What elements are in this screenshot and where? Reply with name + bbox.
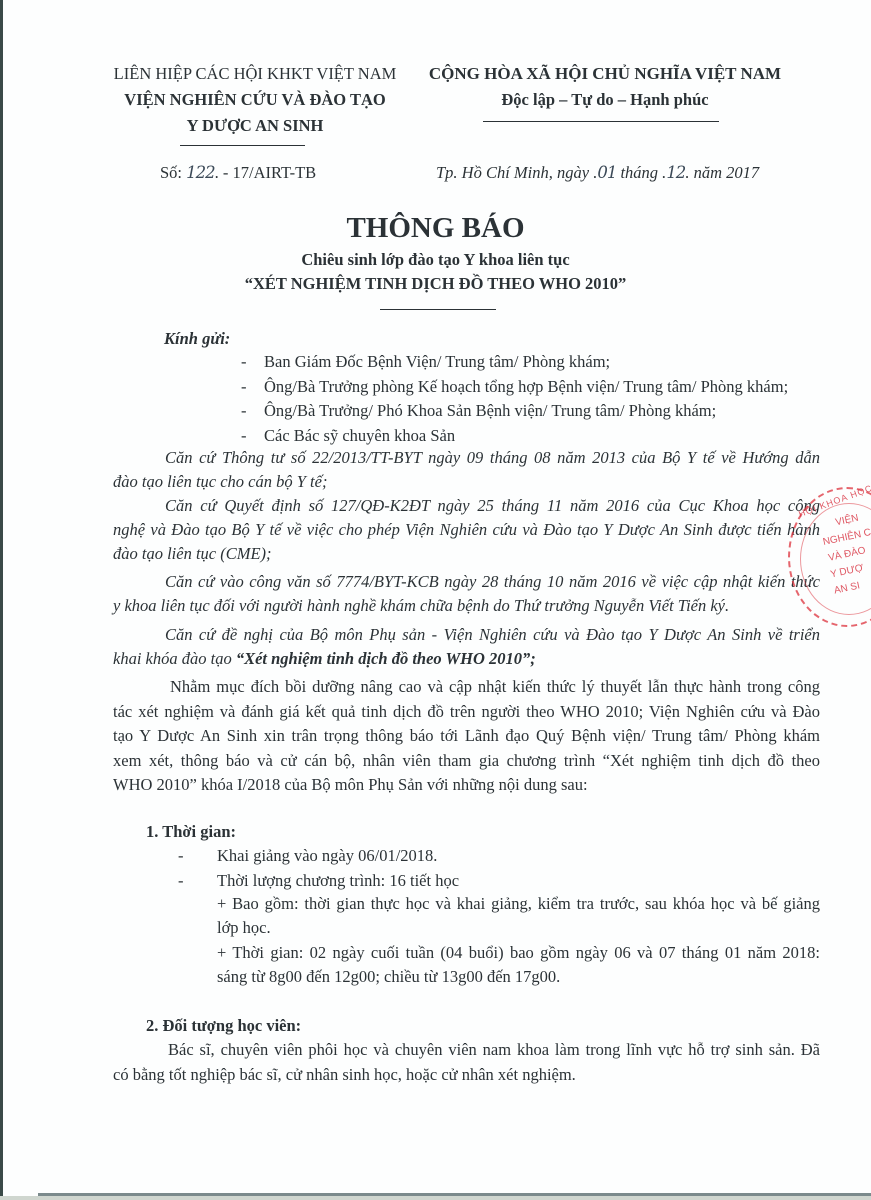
org-parent: LIÊN HIỆP CÁC HỘI KHKT VIỆT NAM: [70, 64, 440, 84]
recipient-item: Ông/Bà Trưởng/ Phó Khoa Sản Bệnh viện/ T…: [264, 401, 716, 421]
recipient-item: Ông/Bà Trưởng phòng Kế hoạch tổng hợp Bệ…: [264, 377, 788, 397]
target-learner-line: có bằng tốt nghiệp bác sĩ, cử nhân sinh …: [113, 1065, 576, 1085]
list-bullet: -: [178, 871, 184, 891]
org-name-line2: Y DƯỢC AN SINH: [70, 116, 440, 136]
document-number: Số: 122. - 17/AIRT-TB: [160, 163, 316, 183]
recipient-item: Ban Giám Đốc Bệnh Viện/ Trung tâm/ Phòng…: [264, 352, 610, 372]
purpose-line: tác xét nghiệm và đánh giá kết quả tinh …: [113, 702, 820, 722]
place-date: Tp. Hồ Chí Minh, ngày .01 tháng .12. năm…: [436, 163, 759, 183]
time-item: Khai giảng vào ngày 06/01/2018.: [217, 846, 437, 866]
time-item: Thời lượng chương trình: 16 tiết học: [217, 871, 459, 891]
scan-bottom-strip: [0, 1196, 871, 1200]
legal-basis-line: nghệ và Đào tạo Bộ Y tế về việc cho phép…: [113, 520, 820, 540]
basis-4-prefix: khai khóa đào tạo: [113, 649, 236, 668]
legal-basis-line: Căn cứ vào công văn số 7774/BYT-KCB ngày…: [165, 572, 820, 592]
header-right-rule: [483, 121, 719, 122]
salutation: Kính gửi:: [164, 329, 230, 349]
org-name-line1: VIỆN NGHIÊN CỨU VÀ ĐÀO TẠO: [70, 90, 440, 110]
list-bullet: -: [241, 401, 247, 421]
list-bullet: -: [241, 352, 247, 372]
legal-basis-line: Căn cứ đề nghị của Bộ môn Phụ sản - Viện…: [165, 625, 820, 645]
legal-basis-line: y khoa liên tục đối với người hành nghề …: [113, 596, 729, 616]
country-name: CỘNG HÒA XÃ HỘI CHỦ NGHĨA VIỆT NAM: [410, 64, 800, 84]
document-subtitle: Chiêu sinh lớp đào tạo Y khoa liên tục: [0, 250, 871, 270]
purpose-line: tạo Y Dược An Sinh xin trân trọng thông …: [113, 726, 820, 746]
section-2-heading: 2. Đối tượng học viên:: [146, 1016, 301, 1036]
document-title: THÔNG BÁO: [0, 212, 871, 245]
title-rule: [380, 309, 496, 310]
basis-4-line-2: khai khóa đào tạo “Xét nghiệm tinh dịch …: [113, 649, 536, 669]
number-handwritten: 122: [186, 163, 215, 182]
legal-basis-line: đào tạo liên tục (CME);: [113, 544, 272, 564]
number-prefix: Số:: [160, 163, 182, 182]
list-bullet: -: [241, 426, 247, 446]
section-1-heading: 1. Thời gian:: [146, 822, 236, 842]
date-suffix: . năm 2017: [685, 163, 759, 182]
target-learner-line: Bác sĩ, chuyên viên phôi học và chuyên v…: [168, 1040, 820, 1060]
national-motto: Độc lập – Tự do – Hạnh phúc: [410, 90, 800, 110]
legal-basis-line: Căn cứ Thông tư số 22/2013/TT-BYT ngày 0…: [165, 448, 820, 468]
list-bullet: -: [241, 377, 247, 397]
month-handwritten: 12: [666, 163, 685, 182]
red-seal-stamp: HỘI KHOA HỌC VÀ VIỆNNGHIÊN CVÀ ĐÀOY DƯỢA…: [788, 487, 871, 627]
legal-basis-line: đào tạo liên tục cho cán bộ Y tế;: [113, 472, 327, 492]
scan-left-edge: [0, 0, 3, 1200]
number-suffix: . - 17/AIRT-TB: [215, 163, 317, 182]
purpose-line: xem xét, thông báo và cử cán bộ, nhân vi…: [113, 751, 820, 771]
course-name: “XÉT NGHIỆM TINH DỊCH ĐỒ THEO WHO 2010”: [0, 274, 871, 294]
day-handwritten: 01: [597, 163, 616, 182]
time-detail-line: lớp học.: [217, 918, 271, 938]
basis-4-course: “Xét nghiệm tinh dịch đồ theo WHO 2010”;: [236, 649, 536, 668]
time-detail-line: + Bao gồm: thời gian thực học và khai gi…: [217, 894, 820, 914]
purpose-line: Nhằm mục đích bồi dưỡng nâng cao và cập …: [170, 677, 820, 697]
legal-basis-line: Căn cứ Quyết định số 127/QĐ-K2ĐT ngày 25…: [165, 496, 820, 516]
purpose-line: WHO 2010” khóa I/2018 của Bộ môn Phụ Sản…: [113, 775, 588, 795]
date-prefix: Tp. Hồ Chí Minh, ngày .: [436, 163, 597, 182]
time-detail-line: + Thời gian: 02 ngày cuối tuần (04 buổi)…: [217, 943, 820, 963]
recipient-item: Các Bác sỹ chuyên khoa Sản: [264, 426, 455, 446]
date-mid: tháng .: [616, 163, 666, 182]
time-detail-line: sáng từ 8g00 đến 12g00; chiều từ 13g00 đ…: [217, 967, 560, 987]
list-bullet: -: [178, 846, 184, 866]
header-left-rule: [180, 145, 305, 146]
